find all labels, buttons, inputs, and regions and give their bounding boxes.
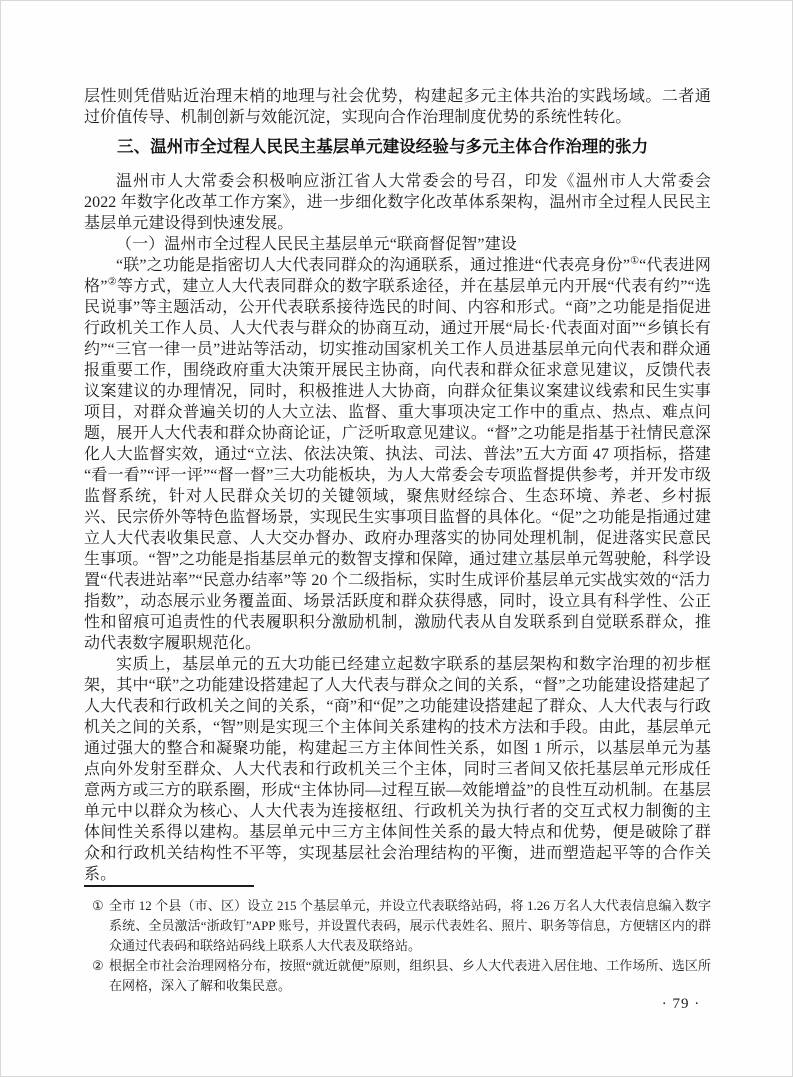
text-run: 实质上，基层单元的五大功能已经建立起数字联系的基层架构和数字治理的初步框架，其中… xyxy=(84,656,711,883)
footnote-marker: ② xyxy=(92,956,109,996)
journal-page: 层性则凭借贴近治理末梢的地理与社会优势，构建起多元主体共治的实践场域。二者通过价… xyxy=(0,0,793,1077)
footnote-text: 根据全市社会治理网格分布，按照“就近就便”原则，组织县、乡人大代表进入居住地、工… xyxy=(109,956,711,996)
footnote-item: ①全市 12 个县（市、区）设立 215 个基层单元，并设立代表联络站码，将 1… xyxy=(84,896,711,956)
text-run: 等方式，建立人大代表同群众的数字联系途径，并在基层单元内开展“代表有约”“选民说… xyxy=(84,278,711,652)
footnote-marker: ① xyxy=(92,896,109,956)
footnote-divider xyxy=(84,885,254,887)
text-run: “联”之功能是指密切人大代表同群众的沟通联系，通过推进“代表亮身份” xyxy=(116,257,630,274)
text-run: （一）温州市全过程人民民主基层单元“联商督促智”建设 xyxy=(116,236,517,253)
footnote-reference-mark: ① xyxy=(630,256,639,267)
body-paragraph: 温州市人大常委会积极响应浙江省人大常委会的号召，印发《温州市人大常委会 2022… xyxy=(84,171,711,234)
footnote-reference-mark: ② xyxy=(108,277,117,288)
footnote-item: ②根据全市社会治理网格分布，按照“就近就便”原则，组织县、乡人大代表进入居住地、… xyxy=(84,956,711,996)
page-number: · 79 · xyxy=(601,996,761,1013)
footnote-text: 全市 12 个县（市、区）设立 215 个基层单元，并设立代表联络站码，将 1.… xyxy=(109,896,711,956)
text-run: 温州市人大常委会积极响应浙江省人大常委会的号召，印发《温州市人大常委会 2022… xyxy=(84,173,711,232)
subsection-heading: （一）温州市全过程人民民主基层单元“联商督促智”建设 xyxy=(84,234,711,255)
body-paragraph: “联”之功能是指密切人大代表同群众的沟通联系，通过推进“代表亮身份”①“代表进网… xyxy=(84,255,711,654)
article-body: 层性则凭借贴近治理末梢的地理与社会优势，构建起多元主体共治的实践场域。二者通过价… xyxy=(84,86,711,885)
footnote-area: ①全市 12 个县（市、区）设立 215 个基层单元，并设立代表联络站码，将 1… xyxy=(84,885,711,996)
text-run: 层性则凭借贴近治理末梢的地理与社会优势，构建起多元主体共治的实践场域。二者通过价… xyxy=(84,88,711,126)
section-heading: 三、温州市全过程人民民主基层单元建设经验与多元主体合作治理的张力 xyxy=(84,137,711,158)
text-run: 三、温州市全过程人民民主基层单元建设经验与多元主体合作治理的张力 xyxy=(117,138,648,156)
body-paragraph: 实质上，基层单元的五大功能已经建立起数字联系的基层架构和数字治理的初步框架，其中… xyxy=(84,654,711,885)
footnote-list: ①全市 12 个县（市、区）设立 215 个基层单元，并设立代表联络站码，将 1… xyxy=(84,896,711,996)
body-paragraph: 层性则凭借贴近治理末梢的地理与社会优势，构建起多元主体共治的实践场域。二者通过价… xyxy=(84,86,711,128)
